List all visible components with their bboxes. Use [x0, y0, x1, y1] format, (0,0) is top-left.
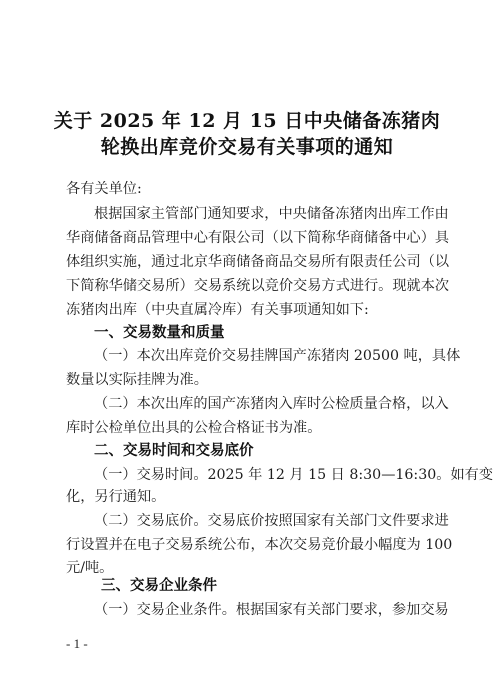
- document-page: 关于 2025 年 12 月 15 日中央储备冻猪肉 轮换出库竞价交易有关事项的…: [0, 0, 494, 700]
- section-2-line-5: 元/吨。: [66, 559, 427, 577]
- salutation: 各有关单位:: [66, 180, 427, 198]
- page-number: - 1 -: [66, 636, 88, 652]
- intro-line-4: 下简称华储交易所）交易系统以竞价交易方式进行。现就本次: [66, 277, 427, 295]
- section-2-line-2: 化，另行通知。: [66, 488, 427, 506]
- section-2-line-1: （一）交易时间。2025 年 12 月 15 日 8:30—16:30。如有变: [94, 466, 427, 484]
- section-heading-1: 一、交易数量和质量: [94, 324, 225, 342]
- section-1-line-1: （一）本次出库竞价交易挂牌国产冻猪肉 20500 吨，具体: [94, 347, 427, 365]
- section-2-line-4: 行设置并在电子交易系统公布，本次交易竞价最小幅度为 100: [66, 536, 427, 554]
- section-1-line-2: 数量以实际挂牌为准。: [66, 371, 427, 389]
- intro-line-2: 华商储备商品管理中心有限公司（以下简称华商储备中心）具: [66, 229, 427, 247]
- section-heading-3: 三、交易企业条件: [101, 577, 217, 595]
- section-heading-2: 二、交易时间和交易底价: [94, 442, 254, 460]
- intro-line-5: 冻猪肉出库（中央直属冷库）有关事项通知如下:: [66, 301, 427, 319]
- intro-line-3: 体组织实施，通过北京华商储备商品交易所有限责任公司（以: [66, 253, 427, 271]
- document-title-line-1: 关于 2025 年 12 月 15 日中央储备冻猪肉: [0, 110, 494, 132]
- section-1-line-3: （二）本次出库的国产冻猪肉入库时公检质量合格，以入: [94, 395, 427, 413]
- intro-line-1: 根据国家主管部门通知要求，中央储备冻猪肉出库工作由: [94, 205, 427, 223]
- section-3-line-1: （一）交易企业条件。根据国家有关部门要求，参加交易: [94, 601, 427, 619]
- section-1-line-4: 库时公检单位出具的公检合格证书为准。: [66, 419, 427, 437]
- section-2-line-3: （二）交易底价。交易底价按照国家有关部门文件要求进: [94, 512, 427, 530]
- document-title-line-2: 轮换出库竞价交易有关事项的通知: [0, 136, 494, 158]
